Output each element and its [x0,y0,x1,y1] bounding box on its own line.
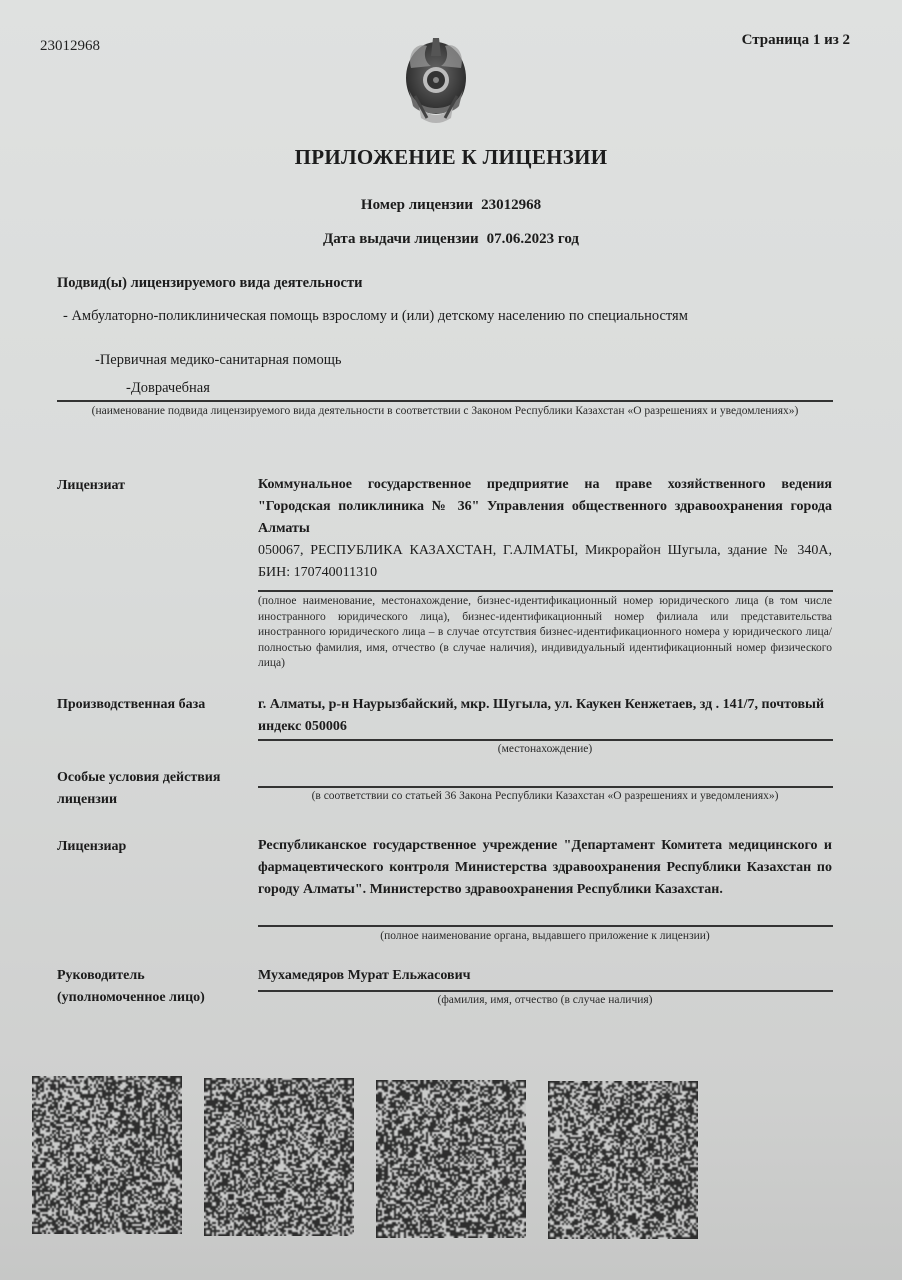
barcode-strip [32,1076,712,1236]
2d-barcode-icon [32,1076,182,1234]
licensee-label: Лицензиат [57,475,125,497]
licensee-name: Коммунальное государственное предприятие… [258,474,832,540]
state-emblem-icon [403,34,469,130]
2d-barcode-icon [204,1078,354,1236]
activity-item: - Амбулаторно-поликлиническая помощь взр… [63,308,688,325]
divider [258,925,833,927]
2d-barcode-icon [548,1081,698,1239]
head-label: Руководитель (уполномоченное лицо) [57,965,247,1009]
divider [258,739,833,741]
license-number-value: 23012968 [481,197,541,213]
license-date-value: 07.06.2023 год [487,231,579,247]
divider [258,590,833,592]
activity-item: -Первичная медико-санитарная помощь [95,352,342,369]
license-date-label: Дата выдачи лицензии [323,231,479,247]
divider [258,990,833,992]
licensor-caption: (полное наименование органа, выдавшего п… [258,929,832,944]
production-base-label: Производственная база [57,694,205,716]
document-id: 23012968 [40,38,100,55]
special-conditions-label: Особые условия действия лицензии [57,767,247,811]
special-conditions-caption: (в соответствии со статьей 36 Закона Рес… [258,789,832,804]
license-number: Номер лицензии23012968 [0,197,902,214]
production-base-caption: (местонахождение) [258,742,832,757]
subtypes-caption: (наименование подвида лицензируемого вид… [57,404,833,419]
divider [258,786,833,788]
page-indicator: Страница 1 из 2 [742,32,850,49]
license-date: Дата выдачи лицензии07.06.2023 год [0,231,902,248]
licensee-address: 050067, РЕСПУБЛИКА КАЗАХСТАН, Г.АЛМАТЫ, … [258,540,832,584]
license-number-label: Номер лицензии [361,197,473,213]
subtypes-heading: Подвид(ы) лицензируемого вида деятельнос… [57,275,362,292]
activity-item: -Доврачебная [126,380,210,397]
production-base-value: г. Алматы, р-н Наурызбайский, мкр. Шугыл… [258,694,832,738]
licensee-caption: (полное наименование, местонахождение, б… [258,594,832,672]
licensor-value: Республиканское государственное учрежден… [258,835,832,901]
head-caption: (фамилия, имя, отчество (в случае наличи… [258,993,832,1008]
licensor-label: Лицензиар [57,836,126,858]
divider [57,400,833,402]
document-title: ПРИЛОЖЕНИЕ К ЛИЦЕНЗИИ [0,145,902,170]
head-value: Мухамедяров Мурат Ельжасович [258,965,832,987]
2d-barcode-icon [376,1080,526,1238]
